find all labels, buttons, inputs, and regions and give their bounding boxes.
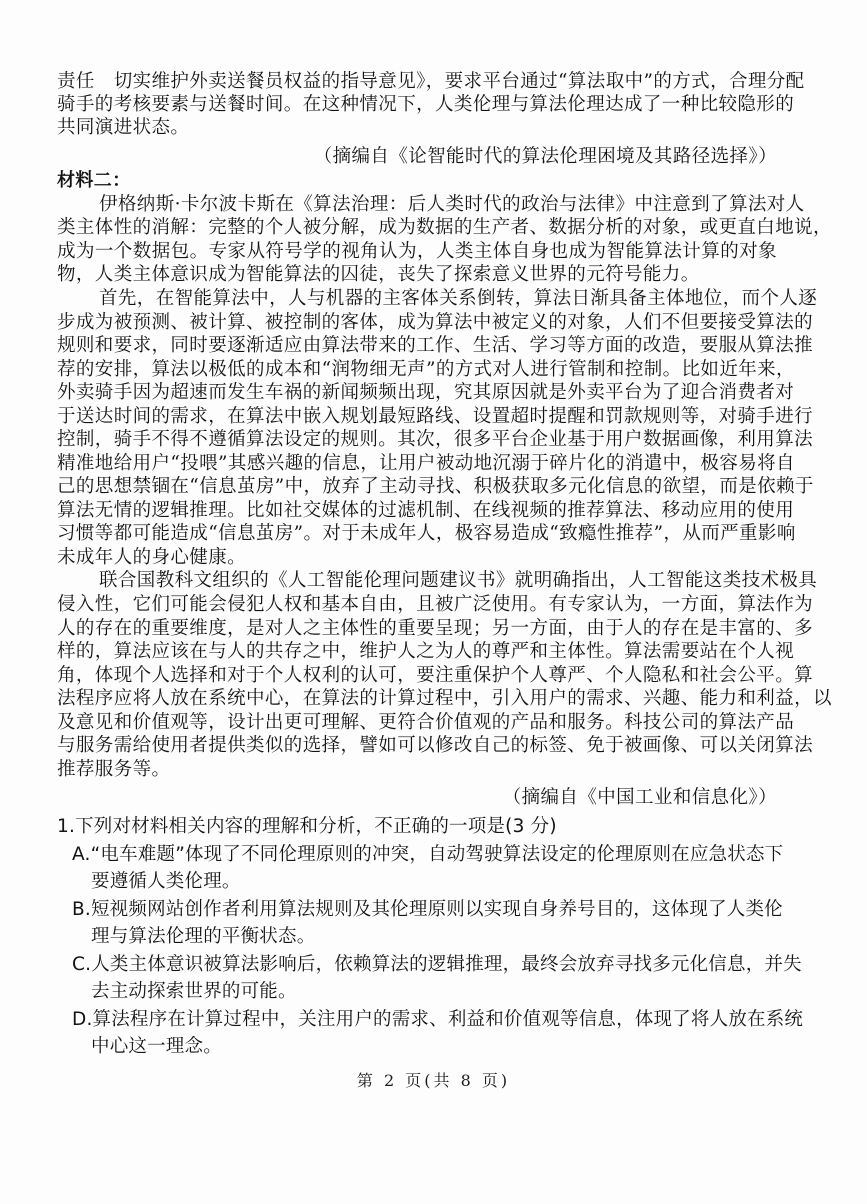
paragraph-2-line-4: 荐的安排，算法以极低的成本和“润物细无声”的方式对人进行管制和控制。比如近年来， <box>57 358 777 382</box>
option-b-line-1: B.短视频网站创作者利用算法规则及其伦理原则以实现自身养号目的，这体现了人类伦 <box>72 898 777 922</box>
material-one-line-1: 责任 切实维护外卖送餐员权益的指导意见》，要求平台通过“算法取中”的方式，合理分… <box>57 70 777 94</box>
paragraph-2-line-2: 步成为被预测、被计算、被控制的客体，成为算法中被定义的对象，人们不但要接受算法的 <box>57 311 777 335</box>
paragraph-3-line-5: 角，体现个人选择和对于个人权利的认可，要注重保护个人尊严、个人隐私和社会公平。算 <box>57 664 777 688</box>
option-d-line-2: 中心这一理念。 <box>91 1035 777 1059</box>
option-a-line-2: 要遵循人类伦理。 <box>91 870 777 894</box>
material-one-line-2: 骑手的考核要素与送餐时间。在这种情况下，人类伦理与算法伦理达成了一种比较隐形的 <box>57 93 777 117</box>
paragraph-2-line-6: 于送达时间的需求，在算法中嵌入规划最短路线、设置超时提醒和罚款规则等，对骑手进行 <box>57 405 777 429</box>
option-c-line-1: C.人类主体意识被算法影响后，依赖算法的逻辑推理，最终会放弃寻找多元化信息，并失 <box>72 953 777 977</box>
paragraph-1-line-4: 物，人类主体意识成为智能算法的囚徒，丧失了探索意义世界的元符号能力。 <box>57 263 777 287</box>
material-one-line-3: 共同演进状态。 <box>57 116 777 140</box>
material-two-heading: 材料二： <box>57 169 777 193</box>
paragraph-3-line-9: 推荐服务等。 <box>57 758 777 782</box>
paragraph-2-line-1: 首先，在智能算法中，人与机器的主客体关系倒转，算法日渐具备主体地位，而个人逐 <box>99 287 777 311</box>
paragraph-3-line-2: 侵入性，它们可能会侵犯人权和基本自由，且被广泛使用。有专家认为，一方面，算法作为 <box>57 593 777 617</box>
paragraph-1-line-1: 伊格纳斯·卡尔波卡斯在《算法治理：后人类时代的政治与法律》中注意到了算法对人 <box>99 193 777 217</box>
paragraph-2-line-8: 精准地给用户“投喂”其感兴趣的信息，让用户被动地沉溺于碎片化的消遣中，极容易将自 <box>57 452 777 476</box>
paragraph-1-line-2: 类主体性的消解：完整的个人被分解，成为数据的生产者、数据分析的对象，或更直白地说… <box>57 216 777 240</box>
material-one-source: （摘编自《论智能时代的算法伦理困境及其路径选择》） <box>57 145 777 169</box>
paragraph-2-line-10: 算法无情的逻辑推理。比如社交媒体的过滤机制、在线视频的推荐算法、移动应用的使用 <box>57 499 777 523</box>
option-a-line-1: A.“电车难题”体现了不同伦理原则的冲突，自动驾驶算法设定的伦理原则在应急状态下 <box>72 843 777 867</box>
paragraph-3-line-4: 样的，算法应该在与人的共存之中，维护人之为人的尊严和主体性。算法需要站在个人视 <box>57 640 777 664</box>
paragraph-3-line-6: 法程序应将人放在系统中心，在算法的计算过程中，引入用户的需求、兴趣、能力和利益，… <box>57 687 777 711</box>
paragraph-3-line-1: 联合国教科文组织的《人工智能伦理问题建议书》就明确指出，人工智能这类技术极具 <box>99 569 777 593</box>
exam-page: 责任 切实维护外卖送餐员权益的指导意见》，要求平台通过“算法取中”的方式，合理分… <box>0 0 867 1204</box>
option-c-line-2: 去主动探索世界的可能。 <box>91 980 777 1004</box>
page-number: 第 2 页(共 8 页) <box>0 1068 867 1091</box>
paragraph-2-line-11: 习惯等都可能造成“信息茧房”。对于未成年人，极容易造成“致瘾性推荐”，从而严重影… <box>57 522 777 546</box>
option-d-line-1: D.算法程序在计算过程中，关注用户的需求、利益和价值观等信息，体现了将人放在系统 <box>72 1008 777 1032</box>
paragraph-2-line-12: 未成年人的身心健康。 <box>57 546 777 570</box>
question-1-stem: 1.下列对材料相关内容的理解和分析，不正确的一项是(3 分) <box>57 815 777 839</box>
paragraph-3-line-3: 人的存在的重要维度，是对人之主体性的重要呈现；另一方面，由于人的存在是丰富的、多 <box>57 617 777 641</box>
paragraph-2-line-9: 己的思想禁锢在“信息茧房”中，放弃了主动寻找、积极获取多元化信息的欲望，而是依赖… <box>57 475 777 499</box>
material-two-source: （摘编自《中国工业和信息化》） <box>57 786 777 810</box>
paragraph-3-line-8: 与服务需给使用者提供类似的选择，譬如可以修改自己的标签、免于被画像、可以关闭算法 <box>57 734 777 758</box>
option-b-line-2: 理与算法伦理的平衡状态。 <box>91 925 777 949</box>
paragraph-2-line-7: 控制，骑手不得不遵循算法设定的规则。其次，很多平台企业基于用户数据画像，利用算法 <box>57 428 777 452</box>
paragraph-3-line-7: 及意见和价值观等，设计出更可理解、更符合价值观的产品和服务。科技公司的算法产品 <box>57 711 777 735</box>
paragraph-2-line-5: 外卖骑手因为超速而发生车祸的新闻频频出现，究其原因就是外卖平台为了迎合消费者对 <box>57 381 777 405</box>
paragraph-1-line-3: 成为一个数据包。专家从符号学的视角认为，人类主体自身也成为智能算法计算的对象 <box>57 240 777 264</box>
paragraph-2-line-3: 规则和要求，同时要逐渐适应由算法带来的工作、生活、学习等方面的改造，要服从算法推 <box>57 334 777 358</box>
